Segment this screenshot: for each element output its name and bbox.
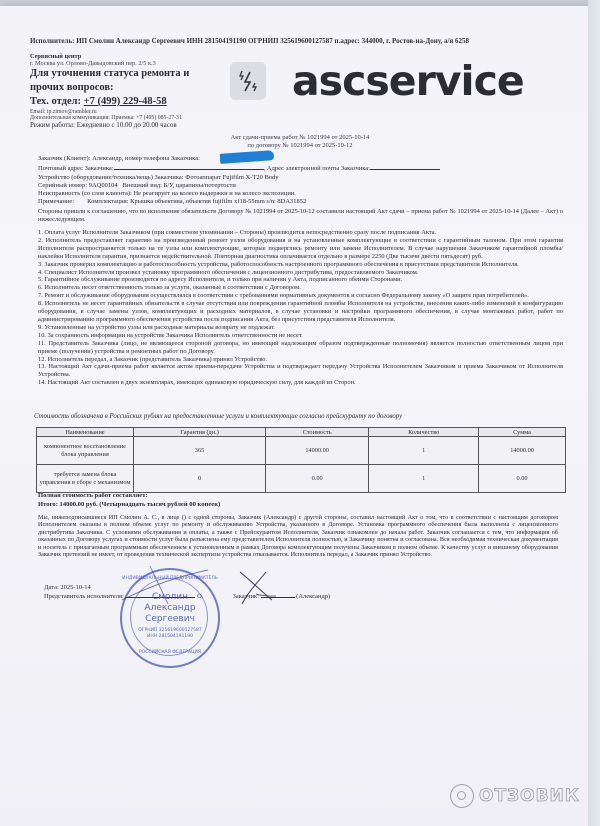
clause-item: 2. Исполнитель предоставляет гарантию на…: [38, 237, 563, 261]
cell-price: 0.00: [266, 465, 369, 493]
stamp-patronymic: Сергеевич: [122, 614, 218, 624]
cell-name: требуется замена блока управления в сбор…: [37, 465, 134, 493]
table-header-row: Наименование Гарантия (дн.) Стоимость Ко…: [37, 428, 566, 437]
postal-blank: [114, 163, 264, 170]
status-line-2: прочих вопросов:: [30, 81, 240, 95]
clause-item: 5. Гарантийное обслуживание производится…: [38, 276, 563, 284]
watermark-text: ОТЗОВИК: [479, 786, 580, 806]
act-title: Акт сдачи-приема работ № 1021994 от 2025…: [0, 134, 600, 141]
service-center-title: Сервисный центр: [30, 53, 240, 60]
service-center-address: г. Москва ул. Орлово-Давыдовский пер. 2/…: [30, 60, 240, 67]
clause-item: 10. За сохранность информации на устройс…: [38, 332, 563, 340]
work-mode: Режим работы: Ежедневно с 10.00 до 20.00…: [30, 121, 240, 129]
cell-warranty: 0: [134, 465, 266, 493]
customer-signature-cross: [236, 570, 276, 606]
note-label: Примечание:: [38, 198, 74, 205]
intro-paragraph: Стороны пришли к соглашению, что во испо…: [38, 208, 563, 224]
lightning-icon: [230, 62, 266, 100]
clause-item: 11. Представитель Заказчика (лицо, не яв…: [38, 340, 563, 356]
photo-right-edge: [588, 0, 600, 826]
executor-rep-label: Представитель исполнителя:: [44, 593, 124, 600]
cell-price: 14000.00: [266, 437, 369, 465]
clause-item: 7. Ремонт и обслуживание оборудования ос…: [38, 292, 563, 300]
cell-quantity: 1: [369, 437, 479, 465]
signature-date: Дата: 2025-10-14: [44, 584, 91, 591]
serial-line: Серийный номер: 9AQ00104 Внешний вид: Б/…: [38, 182, 578, 190]
note-line: Примечание: Комплектация: Крышка объекти…: [38, 198, 578, 206]
col-warranty: Гарантия (дн.): [134, 428, 266, 437]
service-center-block: Сервисный центр г. Москва ул. Орлово-Дав…: [30, 53, 240, 129]
col-quantity: Количество: [369, 428, 479, 437]
stamp-inn: ИНН 281504191190: [122, 634, 218, 639]
email-label: , Адрес электронной почты Заказчика:: [264, 165, 370, 172]
cell-name: компонентное восстановление блока управл…: [37, 437, 134, 465]
cost-note: Стоимость обозначена в Российских рублях…: [34, 413, 402, 420]
postal-label: Почтовый адрес Заказчика:: [38, 165, 114, 172]
logo-text: ascservice: [292, 57, 524, 105]
cell-warranty: 365: [134, 437, 266, 465]
clause-item: 14. Настоящий Акт составлен в двух экзем…: [38, 379, 563, 387]
stamp-ogrnip: ОГРНИП 325619600127587: [122, 628, 218, 633]
act-contract: по договору № 1021994 от 2025-10-12: [0, 142, 600, 149]
cell-quantity: 1: [369, 465, 479, 493]
postal-line: Почтовый адрес Заказчика:, Адрес электро…: [38, 163, 578, 173]
clause-item: 6. Исполнитель несет ответственность тол…: [38, 284, 563, 292]
table-row: компонентное восстановление блока управл…: [37, 437, 566, 465]
clause-item: 9. Установленные на устройство узлы или …: [38, 324, 563, 332]
clause-item: 1. Оплата услуг Исполнителя Заказчиком (…: [38, 229, 563, 237]
executor-info: Исполнитель: ИП Смолин Александр Сергеев…: [30, 37, 469, 45]
otzovik-watermark: ОТЗОВИК: [450, 784, 580, 808]
col-name: Наименование: [37, 428, 134, 437]
closing-paragraph: Мы, нижеподписавшиеся ИП Смолин А. С., в…: [38, 514, 558, 558]
col-price: Стоимость: [266, 428, 369, 437]
customer-name: (Александр): [296, 593, 330, 600]
email-blank: [370, 163, 440, 170]
cell-sum: 14000.00: [479, 437, 566, 465]
table-row: требуется замена блока управления в сбор…: [37, 465, 566, 493]
intro-text: Стороны пришли к соглашению, что во испо…: [38, 208, 563, 224]
serial-number: Серийный номер: 9AQ00104: [38, 182, 118, 189]
clauses-list: 1. Оплата услуг Исполнителя Заказчиком (…: [38, 229, 563, 387]
executor-signature-stroke: [120, 566, 210, 606]
services-table: Наименование Гарантия (дн.) Стоимость Ко…: [36, 427, 566, 493]
total-label: Полная стоимость работ составляет:: [38, 492, 148, 499]
cell-sum: 0.00: [479, 465, 566, 493]
clause-item: 13. Настоящий Акт сдачи-приема работ явл…: [38, 363, 563, 379]
tech-phone: +7 (499) 229-48-58: [84, 96, 167, 107]
clause-item: 8. Исполнитель не несет гарантийных обяз…: [38, 300, 563, 324]
tech-label: Тех. отдел:: [30, 96, 84, 107]
clause-item: 4. Специалист Исполнителя произвел устан…: [38, 269, 563, 277]
col-sum: Сумма: [479, 428, 566, 437]
tech-dept: Тех. отдел: +7 (499) 229-48-58: [30, 95, 240, 109]
client-info: Заказчик (Клиент): Александр, номер теле…: [38, 155, 578, 207]
appearance: Внешний вид: Б/У, царапины/потертости: [123, 182, 236, 189]
otzovik-logo-icon: [450, 784, 474, 808]
fault-line: Неисправность (со слов клиента): Не реаг…: [38, 190, 578, 198]
customer-line: Заказчик (Клиент): Александр, номер теле…: [38, 155, 578, 163]
device-line: Устройство (оборудование/техника/вещь) З…: [38, 174, 578, 182]
total-value: Итого: 14000.00 руб. (Четырнадцать тысяч…: [38, 501, 220, 508]
status-line-1: Для уточнения статуса ремонта и: [30, 67, 240, 81]
clause-item: 12. Исполнитель передал, а Заказчик (пре…: [38, 356, 563, 364]
note-value: Комплектация: Крышка объектива, объектив…: [87, 198, 306, 205]
stamp-country: РОССИЙСКАЯ ФЕДЕРАЦИЯ: [122, 650, 218, 655]
ascservice-logo: ascservice: [230, 57, 524, 105]
clause-item: 3. Заказчик проверил комплектацию и рабо…: [38, 261, 563, 269]
